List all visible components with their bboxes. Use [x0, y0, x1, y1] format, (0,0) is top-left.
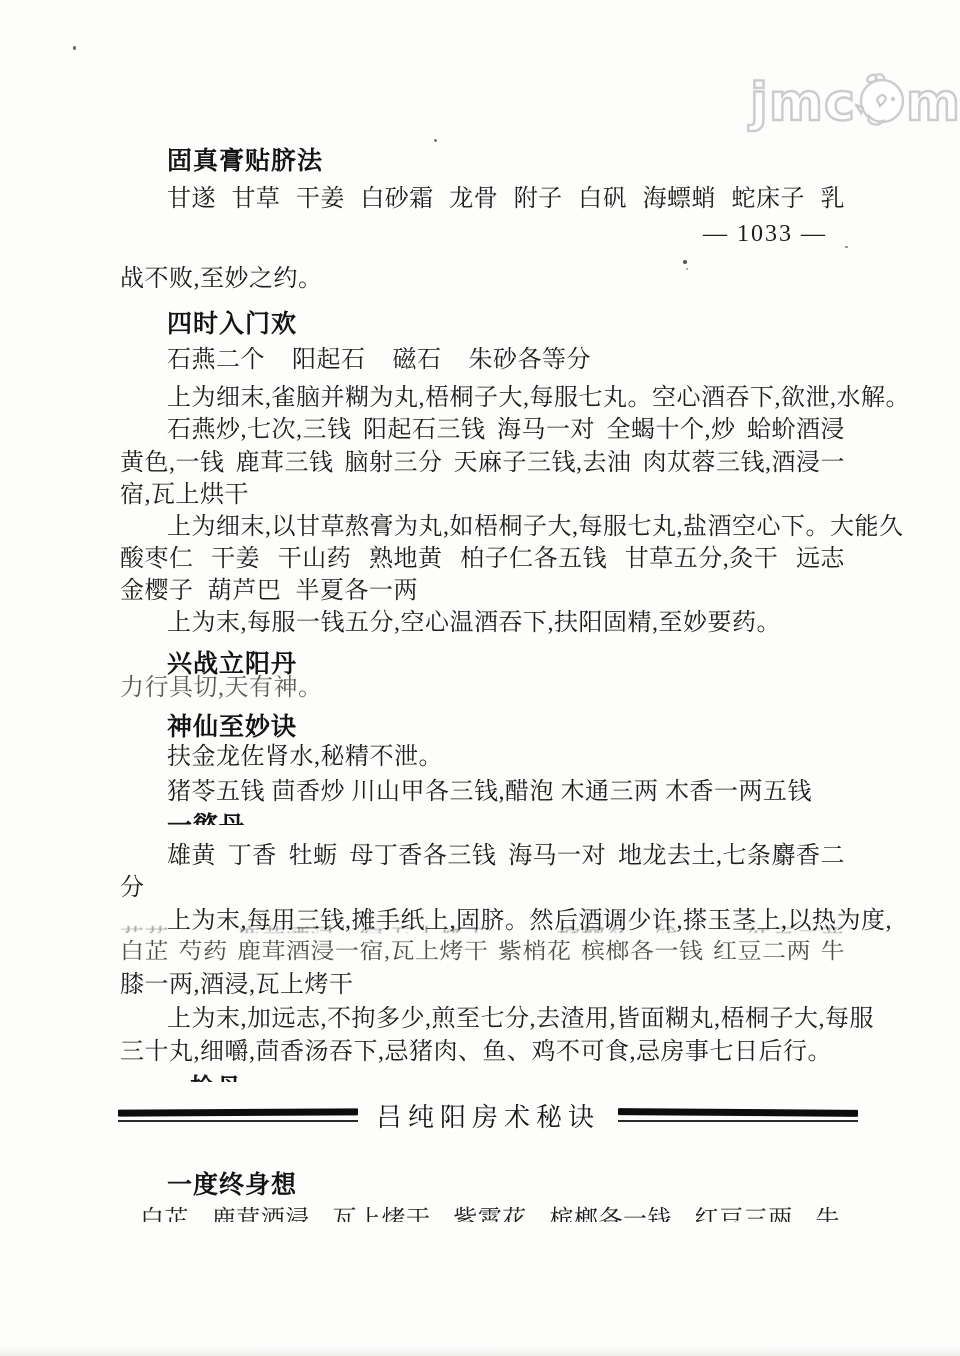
book-title: 吕纯阳房术秘诀: [358, 1097, 618, 1134]
ingredient: 海马一对: [497, 415, 595, 445]
paragraph-method: 三十丸,细嚼,茴香汤吞下,忌猪肉、鱼、鸡不可食,忌房事七日后行。: [120, 1037, 832, 1067]
ingredient: 芍药: [179, 938, 228, 966]
print-ghost-row: 芍药 鹿茸酒浸一宿,瓦上烤干 槟榔各一钱 红豆二两: [120, 924, 845, 933]
ingredient: 甘草: [231, 184, 280, 214]
ingredient: 白芷: [140, 1205, 189, 1222]
footer-rule-right: [618, 1109, 858, 1122]
bird-mascot-icon: [855, 72, 907, 128]
ingredient: 鹿茸酒浸: [212, 1205, 310, 1222]
ingredient: 全蝎十个,炒: [607, 415, 736, 445]
footer-rule-left: [118, 1109, 358, 1122]
ingredient: 牛: [816, 1205, 841, 1222]
scan-edge-shadow: [0, 1346, 960, 1356]
ingredient: 石燕炒,七次,三钱: [167, 415, 352, 445]
scanned-book-page: jmc mic 固真膏贴脐法 甘遂 甘草 干姜 白砂霜 龙骨 附子 白矾 海螵蛸…: [0, 0, 960, 1356]
ingredient: 龙骨: [449, 184, 498, 214]
ingredient: 海马一对: [508, 841, 606, 871]
paragraph-method: 上为细末,雀脑并糊为丸,梧桐子大,每服七丸。空心酒吞下,欲泄,水解。: [167, 383, 910, 413]
ingredient: 脑射三分: [345, 448, 443, 478]
ingredient: 鹿茸三钱: [236, 448, 334, 478]
ghost-text: 红豆二两: [747, 924, 845, 933]
watermark-text-right: mic: [906, 73, 960, 133]
watermark-logo: jmc mic: [750, 68, 960, 138]
ingredient: 牛: [821, 938, 846, 966]
ingredient: 茴香炒: [272, 777, 346, 807]
ingredient: 白矾: [578, 184, 627, 214]
ingredient-row: 金樱子 葫芦巴 半夏各一两: [120, 576, 418, 606]
ingredient: 干山药: [278, 544, 352, 574]
ghost-text: 芍药: [120, 924, 169, 933]
ingredient-row: 石燕二个 阳起石 磁石 朱砂各等分: [167, 345, 591, 375]
section-heading-clipped: 抢丹: [190, 1068, 242, 1082]
ingredient: 丁香: [228, 841, 277, 871]
scan-speck: [683, 260, 687, 264]
ingredient: 红豆三两: [695, 1205, 793, 1222]
ingredient: 雄黄: [167, 841, 216, 871]
ingredient: 天麻子三钱,去油: [454, 448, 632, 478]
page-number: — 1033 —: [690, 221, 840, 248]
paragraph-method: 上为细末,以甘草熬膏为丸,如梧桐子大,每服七丸,盐酒空心下。大能久: [167, 512, 904, 542]
ghost-text: 鹿茸酒浸一宿,瓦上烤干: [237, 924, 489, 933]
ingredient: 乳: [820, 184, 845, 214]
ingredient: 红豆二两: [713, 938, 811, 966]
paragraph-intro: 扶金龙佐肾水,秘精不泄。: [167, 742, 443, 772]
ingredient: 半夏各一两: [296, 576, 419, 606]
ingredient: 葫芦巴: [208, 576, 282, 606]
ingredient: 甘草五分,灸干: [625, 544, 779, 574]
ingredient: 磁石: [393, 345, 442, 375]
ingredient-row-clipped: 白芷 鹿茸酒浸 瓦上烤干 紫霄花 槟榔各一钱 红豆三两 牛: [140, 1205, 840, 1222]
section-heading-guzhengao: 固真膏贴脐法: [167, 141, 323, 177]
ingredient: 川山甲各三钱,醋泡: [352, 777, 555, 807]
ingredient: 白砂霜: [360, 184, 434, 214]
ingredient: 附子: [514, 184, 563, 214]
ingredient: 猪苓五钱: [167, 777, 265, 807]
ingredient-row-degraded: 白芷 芍药 鹿茸酒浸一宿,瓦上烤干 紫梢花 槟榔各一钱 红豆二两 牛: [120, 938, 845, 966]
ingredient: 柏子仁各五钱: [460, 544, 607, 574]
watermark-text-left: jmc: [750, 73, 856, 133]
ingredient-row: 雄黄 丁香 牡蛎 母丁香各三钱 海马一对 地龙去土,七条麝香二: [167, 841, 845, 871]
ingredient: 木香一两五钱: [665, 777, 812, 807]
ingredient-row: 猪苓五钱 茴香炒 川山甲各三钱,醋泡 木通三两 木香一两五钱: [167, 777, 812, 807]
ingredient: 金樱子: [120, 576, 194, 606]
ingredient: 牡蛎: [289, 841, 338, 871]
ingredient: 蛤蚧酒浸: [747, 415, 845, 445]
ingredient-row: 酸枣仁 干姜 干山药 熟地黄 柏子仁各五钱 甘草五分,灸干 远志: [120, 544, 845, 574]
ingredient: 甘遂: [167, 184, 216, 214]
ingredient: 海螵蛸: [643, 184, 717, 214]
paragraph-method: 上为末,每服一钱五分,空心温酒吞下,扶阳固精,至妙要药。: [167, 608, 781, 638]
ingredient: 干姜: [296, 184, 345, 214]
ingredient: 阳起石: [292, 345, 366, 375]
scan-speck: [686, 268, 688, 270]
ingredient-row: 黄色,一钱 鹿茸三钱 脑射三分 天麻子三钱,去油 肉苁蓉三钱,酒浸一: [120, 448, 845, 478]
section-heading-sishirumenhuan: 四时入门欢: [167, 304, 297, 340]
scan-speck: [434, 139, 437, 142]
ingredient: 木通三两: [561, 777, 659, 807]
ghost-text: 槟榔各一钱: [557, 924, 680, 933]
ingredient-row: 甘遂 甘草 干姜 白砂霜 龙骨 附子 白矾 海螵蛸 蛇床子 乳: [167, 184, 845, 214]
ingredient-row: 石燕炒,七次,三钱 阳起石三钱 海马一对 全蝎十个,炒 蛤蚧酒浸: [167, 415, 845, 445]
paragraph-faded: 力行具切,天有神。: [120, 673, 323, 703]
scan-speck: [73, 46, 76, 50]
ingredient: 肉苁蓉三钱,酒浸一: [643, 448, 846, 478]
ingredient: 酸枣仁: [120, 544, 194, 574]
ingredient: 阳起石三钱: [363, 415, 486, 445]
ingredient: 槟榔各一钱: [550, 1205, 673, 1222]
ingredient: 石燕二个: [167, 345, 265, 375]
ingredient: 熟地黄: [369, 544, 443, 574]
ingredient: 干姜: [211, 544, 260, 574]
ingredient: 紫霄花: [453, 1205, 527, 1222]
ingredient: 鹿茸酒浸一宿,瓦上烤干: [237, 938, 489, 966]
ingredient: 朱砂各等分: [469, 345, 592, 375]
section-heading-yiduzhongshenxiang: 一度终身想: [167, 1165, 297, 1201]
ingredient: 白芷: [120, 938, 169, 966]
ingredient-row-continuation: 分: [120, 873, 145, 903]
ingredient-row-continuation: 宿,瓦上烘干: [120, 480, 249, 510]
ingredient: 母丁香各三钱: [349, 841, 496, 871]
paragraph-carryover: 战不败,至妙之约。: [120, 264, 323, 294]
ingredient: 蛇床子: [732, 184, 806, 214]
section-heading-shenxianzhimiaojue: 神仙至妙诀: [167, 707, 297, 743]
running-head: 吕纯阳房术秘诀: [118, 1098, 858, 1132]
ingredient: 槟榔各一钱: [581, 938, 704, 966]
scan-speck: [845, 246, 848, 248]
ingredient: 瓦上烤干: [333, 1205, 431, 1222]
ingredient: 远志: [796, 544, 845, 574]
ingredient: 黄色,一钱: [120, 448, 225, 478]
ingredient: 地龙去土,七条麝香二: [618, 841, 845, 871]
ingredient: 紫梢花: [498, 938, 572, 966]
ingredient-row-continuation: 膝一两,酒浸,瓦上烤干: [120, 970, 354, 1000]
paragraph-method: 上为末,加远志,不拘多少,煎至七分,去渣用,皆面糊丸,梧桐子大,每服: [167, 1004, 874, 1034]
section-heading-yiyudan-clipped: 一慾丹: [167, 806, 245, 825]
